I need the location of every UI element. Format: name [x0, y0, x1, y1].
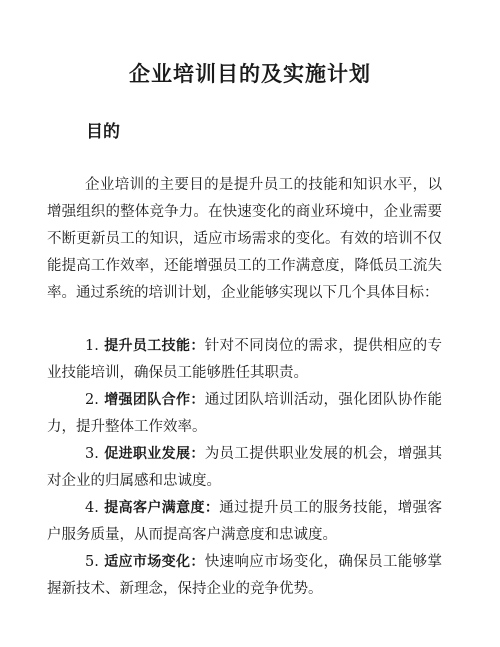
intro-paragraph: 企业培训的主要目的是提升员工的技能和知识水平，以增强组织的整体竞争力。在快速变化… — [47, 172, 442, 307]
goal-number: 5. — [85, 554, 99, 570]
goal-item-3: 3.促进职业发展：为员工提供职业发展的机会，增强其对企业的归属感和忠诚度。 — [47, 441, 442, 495]
document-title: 企业培训目的及实施计划 — [0, 0, 500, 88]
goal-item-2: 2.增强团队合作：通过团队培训活动，强化团队协作能力，提升整体工作效率。 — [47, 387, 442, 441]
goal-label: 适应市场变化： — [104, 554, 205, 570]
goal-number: 2. — [85, 392, 99, 408]
goal-item-1: 1.提升员工技能：针对不同岗位的需求，提供相应的专业技能培训，确保员工能够胜任其… — [47, 333, 442, 387]
goal-label: 提高客户满意度： — [104, 500, 219, 516]
document-page: 企业培训目的及实施计划 目的 企业培训的主要目的是提升员工的技能和知识水平，以增… — [0, 0, 500, 647]
goal-number: 3. — [85, 446, 99, 462]
goal-label: 促进职业发展： — [104, 446, 205, 462]
goal-label: 增强团队合作： — [104, 392, 205, 408]
section-heading-purpose: 目的 — [86, 119, 500, 146]
goal-item-4: 4.提高客户满意度：通过提升员工的服务技能，增强客户服务质量，从而提高客户满意度… — [47, 495, 442, 549]
document-body: 企业培训的主要目的是提升员工的技能和知识水平，以增强组织的整体竞争力。在快速变化… — [47, 172, 442, 603]
goal-number: 1. — [85, 338, 99, 354]
goal-label: 提升员工技能： — [104, 338, 205, 354]
goal-item-5: 5.适应市场变化：快速响应市场变化，确保员工能够掌握新技术、新理念，保持企业的竞… — [47, 549, 442, 603]
goal-number: 4. — [85, 500, 99, 516]
